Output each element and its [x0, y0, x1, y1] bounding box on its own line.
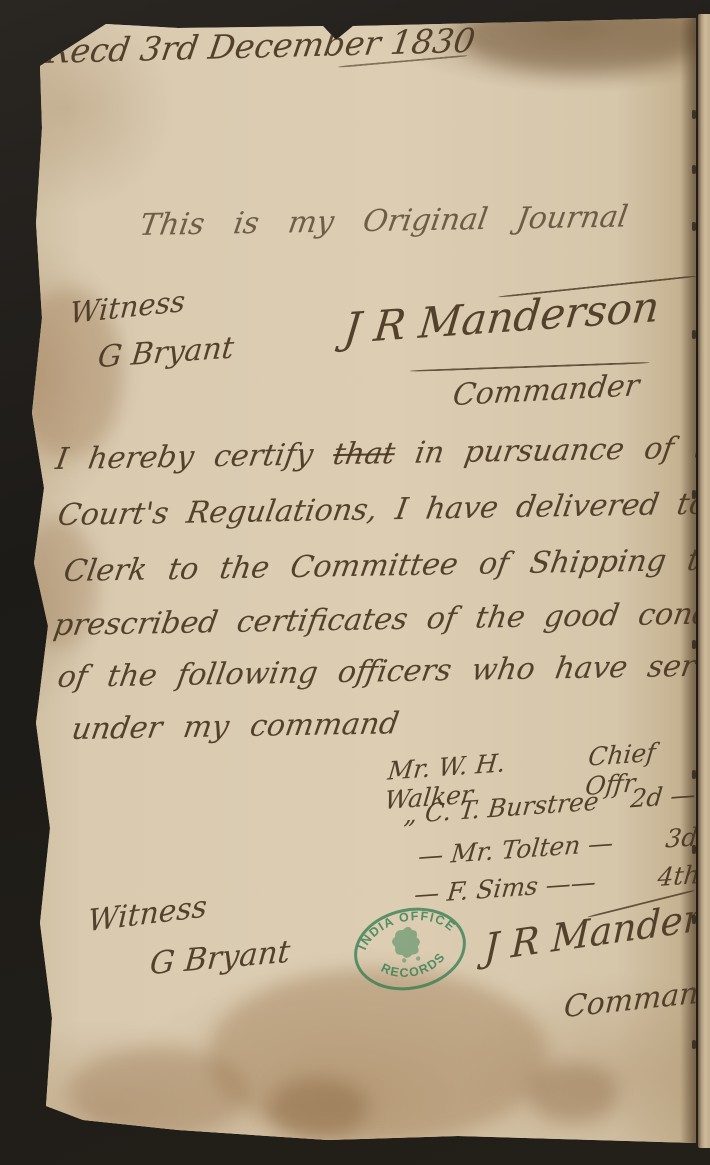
certification-line-1: I hereby certify that in pursuance of th… [56, 430, 696, 477]
stitch-mark [692, 770, 696, 779]
stitch-mark [692, 165, 696, 174]
next-page-edge [698, 14, 710, 1148]
commander-signature-top: J R Manderson [342, 282, 661, 353]
stitch-mark [692, 222, 696, 231]
witness-signature-top: G Bryant [97, 331, 235, 375]
witness-label-top: Witness [68, 284, 187, 330]
stitch-mark [692, 330, 696, 339]
certification-line-2: Court's Regulations, I have delivered to… [58, 485, 696, 533]
stamp-crest [390, 925, 423, 960]
witness-label-bottom: Witness [86, 890, 209, 939]
india-office-records-stamp: INDIA OFFICE RECORDS [341, 890, 478, 1009]
stitch-mark [692, 490, 696, 499]
binding-seam [680, 18, 696, 1143]
stain [68, 1048, 248, 1138]
certification-line-4: prescribed certificates of the good cond… [54, 596, 696, 643]
stain [528, 1063, 618, 1123]
journal-statement: This is my Original Journal [140, 199, 628, 243]
received-date-note: Recd 3rd December 1830 [45, 21, 475, 71]
stitch-mark [692, 915, 696, 924]
scan-backdrop: Recd 3rd December 1830 This is my Origin… [0, 0, 710, 1165]
witness-signature-bottom: G Bryant [148, 934, 291, 982]
stamp-graphic: INDIA OFFICE RECORDS [341, 890, 478, 1009]
certification-line-5: of the following officers who have serve… [58, 648, 696, 695]
commander-title-top: Commander [452, 368, 640, 413]
stitch-mark [692, 1040, 696, 1049]
stitch-mark [692, 845, 696, 854]
commander-title-bottom: Commander [562, 971, 696, 1025]
struck-word: that [331, 436, 398, 472]
certification-line-6: under my command [72, 706, 399, 747]
certification-line-3: Clerk to the Committee of Shipping the [64, 542, 696, 589]
stain [268, 1078, 368, 1138]
stitch-mark [692, 110, 696, 119]
stain [458, 18, 696, 73]
manuscript-page: Recd 3rd December 1830 This is my Origin… [28, 18, 696, 1143]
stitch-mark [692, 640, 696, 649]
officer-name: — Mr. Tolten — [417, 828, 615, 871]
